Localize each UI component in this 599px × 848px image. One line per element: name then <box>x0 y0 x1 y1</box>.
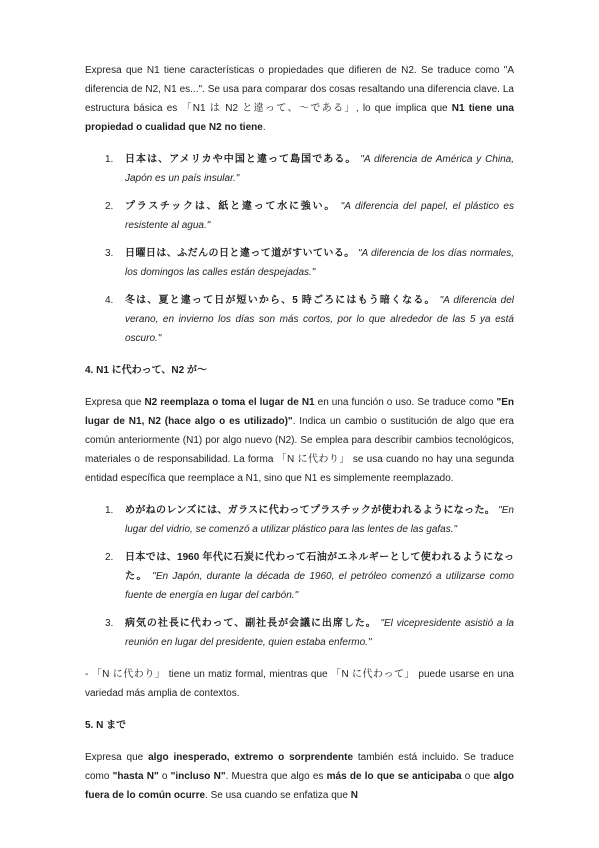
section5-bold-text: "incluso N" <box>171 771 226 782</box>
list-item-number: 3. <box>105 244 125 282</box>
japanese-sentence: プラスチックは、紙と違って水に強い。 <box>125 201 336 212</box>
section5-bold-text: N <box>351 790 358 801</box>
section5-text: o <box>159 771 171 782</box>
list-item-number: 1. <box>105 501 125 539</box>
list-item-body: 病気の社長に代わって、副社長が会議に出席した。 "El vicepresiden… <box>125 614 514 652</box>
section5-text: . Se usa cuando se enfatiza que <box>205 790 351 801</box>
section4-paragraph: Expresa que N2 reemplaza o toma el lugar… <box>85 393 514 488</box>
japanese-sentence: 冬は、夏と違って日が短いから、5 時ごろにはもう暗くなる。 <box>125 295 436 306</box>
list-item: 2. プラスチックは、紙と違って水に強い。 "A diferencia del … <box>85 197 514 235</box>
list-item-number: 4. <box>105 291 125 348</box>
list-item-number: 2. <box>105 548 125 605</box>
list-item: 4. 冬は、夏と違って日が短いから、5 時ごろにはもう暗くなる。 "A dife… <box>85 291 514 348</box>
list-item: 1. 日本は、アメリカや中国と違って島国である。 "A diferencia d… <box>85 150 514 188</box>
section4-text: Expresa que <box>85 397 144 408</box>
list-item-body: プラスチックは、紙と違って水に強い。 "A diferencia del pap… <box>125 197 514 235</box>
list-item: 3. 病気の社長に代わって、副社長が会議に出席した。 "El vicepresi… <box>85 614 514 652</box>
section4-bold-text: N2 reemplaza o toma el lugar de N1 <box>144 397 314 408</box>
spanish-translation: "En Japón, durante la década de 1960, el… <box>125 571 514 601</box>
list-item: 1. めがねのレンズには、ガラスに代わってプラスチックが使われるようになった。 … <box>85 501 514 539</box>
example-list-chigatte: 1. 日本は、アメリカや中国と違って島国である。 "A diferencia d… <box>85 150 514 348</box>
intro-text-end: . <box>263 122 266 133</box>
japanese-sentence: めがねのレンズには、ガラスに代わってプラスチックが使われるようになった。 <box>125 505 495 516</box>
list-item-number: 3. <box>105 614 125 652</box>
list-item-number: 2. <box>105 197 125 235</box>
section4-note: - 「N に代わり」 tiene un matiz formal, mientr… <box>85 665 514 703</box>
document-page: Expresa que N1 tiene características o p… <box>0 0 599 848</box>
section5-bold-text: "hasta N" <box>113 771 159 782</box>
section-heading-nikawatte: 4. N1 に代わって、N2 が〜 <box>85 361 514 380</box>
list-item: 2. 日本では、1960 年代に石炭に代わって石油がエネルギーとして使われるよう… <box>85 548 514 605</box>
intro-paragraph: Expresa que N1 tiene características o p… <box>85 61 514 137</box>
section5-text: o que <box>462 771 494 782</box>
list-item-body: 日本では、1960 年代に石炭に代わって石油がエネルギーとして使われるようになっ… <box>125 548 514 605</box>
japanese-sentence: 日曜日は、ふだんの日と違って道がすいている。 <box>125 248 355 259</box>
japanese-sentence: 日本は、アメリカや中国と違って島国である。 <box>125 154 356 165</box>
section5-text: Expresa que <box>85 752 148 763</box>
list-item-number: 1. <box>105 150 125 188</box>
list-item-body: 日本は、アメリカや中国と違って島国である。 "A diferencia de A… <box>125 150 514 188</box>
section5-bold-text: más de lo que se anticipaba <box>327 771 462 782</box>
intro-text: Expresa que N1 tiene características o p… <box>85 65 514 114</box>
example-list-nikawatte: 1. めがねのレンズには、ガラスに代わってプラスチックが使われるようになった。 … <box>85 501 514 652</box>
section-heading-made: 5. N まで <box>85 716 514 735</box>
section5-bold-text: algo inesperado, extremo o sorprendente <box>148 752 353 763</box>
section5-text: . Muestra que algo es <box>226 771 327 782</box>
list-item-body: 日曜日は、ふだんの日と違って道がすいている。 "A diferencia de … <box>125 244 514 282</box>
list-item-body: めがねのレンズには、ガラスに代わってプラスチックが使われるようになった。 "En… <box>125 501 514 539</box>
section4-text: en una función o uso. Se traduce como <box>315 397 497 408</box>
japanese-sentence: 病気の社長に代わって、副社長が会議に出席した。 <box>125 618 377 629</box>
list-item-body: 冬は、夏と違って日が短いから、5 時ごろにはもう暗くなる。 "A diferen… <box>125 291 514 348</box>
list-item: 3. 日曜日は、ふだんの日と違って道がすいている。 "A diferencia … <box>85 244 514 282</box>
section5-paragraph: Expresa que algo inesperado, extremo o s… <box>85 748 514 805</box>
